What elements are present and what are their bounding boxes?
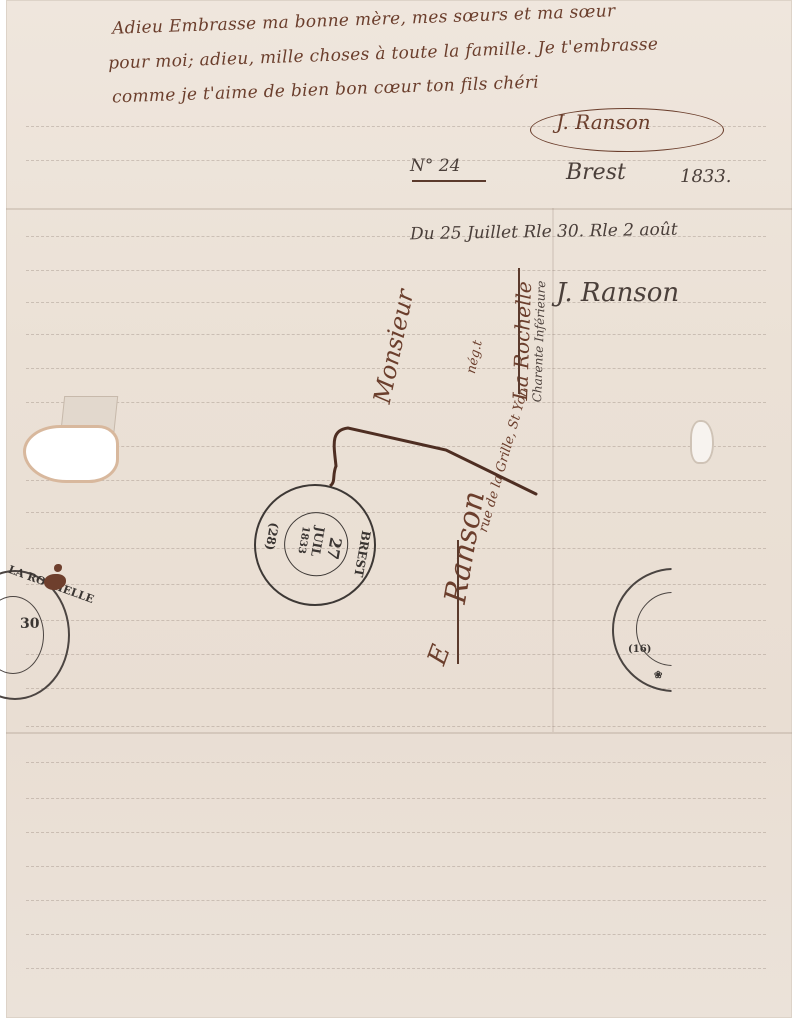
year: 1833. [680, 166, 732, 187]
letter-sheet [6, 0, 792, 1018]
fold-line-horizontal-bottom [6, 732, 792, 734]
postage-due-7-stroke [326, 416, 546, 506]
letter-number-underline [412, 180, 486, 182]
docket-signature: J. Ranson [556, 278, 679, 308]
torn-hole [26, 428, 116, 480]
brest-postmark-dept: (28) [263, 521, 282, 551]
paper-tear [690, 420, 714, 464]
brest-postmark-town: BREST [351, 529, 373, 578]
address-city-underline [518, 268, 520, 394]
letter-number: N° 24 [410, 156, 460, 176]
place: Brest [566, 160, 626, 185]
closing-signature: J. Ranson [556, 110, 651, 134]
address-name-underline [457, 540, 459, 664]
fold-line-horizontal-top [6, 208, 792, 210]
la-rochelle-postmark-day: 30 [20, 616, 39, 632]
partial-postmark-dept: (16) [628, 644, 651, 655]
brest-postmark-day: 27 [323, 536, 346, 561]
partial-postmark-ornament: ❀ [654, 670, 662, 681]
